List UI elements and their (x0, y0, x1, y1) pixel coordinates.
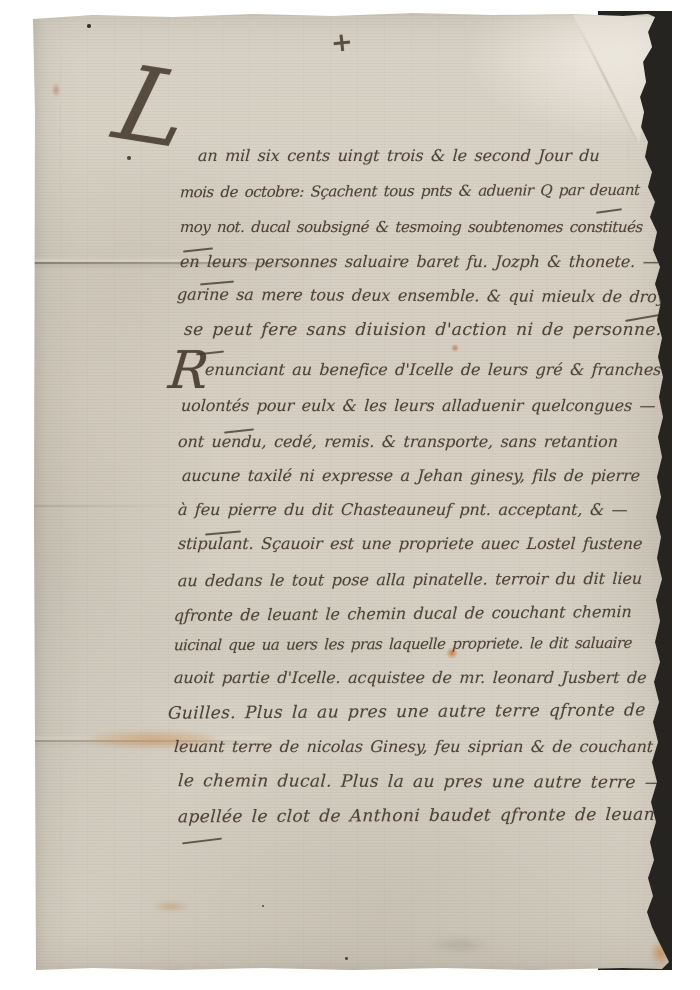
manuscript-line: au dedans le tout pose alla pinatelle. t… (177, 569, 642, 590)
manuscript-line: en leurs personnes saluaire baret fu. Jo… (180, 252, 660, 271)
underline-flourish (182, 838, 222, 845)
manuscript-line: leuant terre de nicolas Ginesy, feu sipr… (174, 737, 654, 756)
scanned-manuscript: + L R an mil six cents uingt trois & le … (0, 0, 700, 990)
rust-stain (451, 344, 459, 352)
rust-stain (153, 901, 189, 912)
manuscript-line: le chemin ducal. Plus la au pres une aut… (177, 771, 662, 793)
manuscript-line: qfronte de leuant le chemin ducal de cou… (173, 602, 632, 625)
manuscript-page: + L R an mil six cents uingt trois & le … (33, 13, 672, 970)
drop-cap-L: L (106, 51, 201, 163)
corner-fold-shadow (574, 19, 638, 141)
manuscript-line: apellée le clot de Anthoni baudet qfront… (177, 805, 662, 828)
manuscript-line: enunciant au benefice d'Icelle de leurs … (205, 360, 662, 379)
manuscript-line: stipulant. Sçauoir est une propriete aue… (178, 534, 643, 553)
manuscript-line: aucune taxilé ni expresse a Jehan ginesy… (182, 466, 641, 485)
ink-speck (262, 905, 264, 907)
smudge-stain (428, 937, 492, 953)
underline-flourish (596, 208, 622, 214)
manuscript-line: auoit partie d'Icelle. acquistee de mr. … (174, 668, 648, 687)
manuscript-line: mois de octobre: Sçachent tous pnts & ad… (180, 181, 641, 201)
rust-stain (52, 83, 60, 97)
crease-line (33, 505, 183, 507)
manuscript-line: moy not. ducal soubsigné & tesmoing soub… (180, 218, 644, 236)
manuscript-line: uicinal que ua uers les pras laquelle pr… (174, 634, 633, 654)
manuscript-line: Guilles. Plus la au pres une autre terre… (167, 700, 646, 723)
ink-speck (345, 957, 348, 960)
invocation-cross: + (329, 27, 354, 59)
manuscript-line: an mil six cents uingt trois & le second… (198, 146, 601, 165)
manuscript-line: garine sa mere tous deux ensemble. & qui… (177, 285, 673, 307)
manuscript-line: se peut fere sans diuision d'action ni d… (183, 320, 688, 340)
manuscript-line: à feu pierre du dit Chasteauneuf pnt. ac… (178, 500, 629, 519)
manuscript-line: ont uendu, cedé, remis. & transporte, sa… (178, 432, 619, 451)
manuscript-line: uolontés pour eulx & les leurs alladueni… (181, 396, 656, 415)
ink-speck (87, 24, 91, 28)
